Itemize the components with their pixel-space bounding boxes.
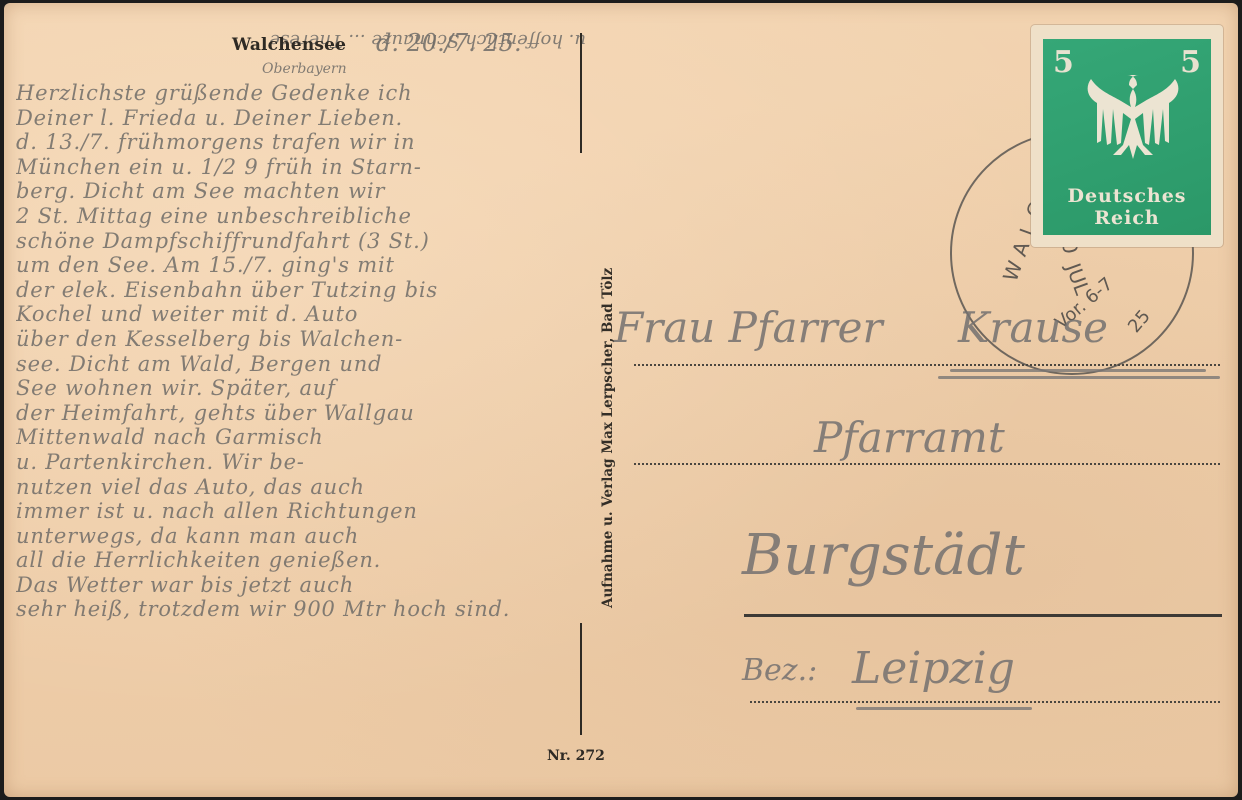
- message-line: d. 13./7. frühmorgens trafen wir in: [16, 130, 586, 155]
- address-line-1: [634, 364, 1220, 366]
- message-line: um den See. Am 15./7. ging's mit: [16, 253, 586, 278]
- name-pencil-underline-2: [938, 376, 1220, 379]
- message-line: immer ist u. nach allen Richtungen: [16, 499, 586, 524]
- message-line: der Heimfahrt, gehts über Wallgau: [16, 401, 586, 426]
- message-line: sehr heiß, trotzdem wir 900 Mtr hoch sin…: [16, 597, 586, 622]
- message-line: Kochel und weiter mit d. Auto: [16, 302, 586, 327]
- message-line: unterwegs, da kann man auch: [16, 524, 586, 549]
- message-line: nutzen viel das Auto, das auch: [16, 475, 586, 500]
- printed-place-title: Walchensee: [232, 35, 346, 55]
- address-parish-office: Pfarramt: [814, 413, 1005, 462]
- message-line: all die Herrlichkeiten genießen.: [16, 548, 586, 573]
- handwritten-message: Herzlichste grüßende Gedenke ich Deiner …: [16, 81, 586, 622]
- address-line-2: [634, 463, 1220, 465]
- name-pencil-underline: [950, 369, 1206, 372]
- card-number: Nr. 272: [547, 748, 605, 764]
- handwritten-date: d. 20./7. 25.: [376, 29, 522, 57]
- eagle-emblem-icon: [1067, 67, 1187, 179]
- postcard: u. hoffentlich Schnauze ... Therese Walc…: [4, 3, 1238, 797]
- message-line: Herzlichste grüßende Gedenke ich: [16, 81, 586, 106]
- divider-line-top: [580, 33, 582, 153]
- message-line: Mittenwald nach Garmisch: [16, 425, 586, 450]
- message-line: München ein u. 1/2 9 früh in Starn-: [16, 155, 586, 180]
- address-recipient-name: Krause: [958, 303, 1108, 352]
- message-line: see. Dicht am Wald, Bergen und: [16, 352, 586, 377]
- divider-line-bottom: [580, 623, 582, 735]
- stamp-country-line2: Reich: [1043, 207, 1211, 229]
- message-line: Das Wetter war bis jetzt auch: [16, 573, 586, 598]
- postage-stamp: 5 5 Deutsches Reich: [1031, 25, 1223, 247]
- district-pencil-underline: [856, 707, 1032, 710]
- address-district-prefix: Bez.:: [742, 653, 817, 688]
- message-line: Deiner l. Frieda u. Deiner Lieben.: [16, 106, 586, 131]
- message-line: berg. Dicht am See machten wir: [16, 179, 586, 204]
- message-line: 2 St. Mittag eine unbeschreibliche: [16, 204, 586, 229]
- message-line: der elek. Eisenbahn über Tutzing bis: [16, 278, 586, 303]
- address-line-4: [750, 701, 1220, 703]
- message-line: über den Kesselberg bis Walchen-: [16, 327, 586, 352]
- handwritten-region: Oberbayern: [262, 61, 347, 77]
- stamp-country-line1: Deutsches: [1043, 185, 1211, 207]
- message-line: u. Partenkirchen. Wir be-: [16, 450, 586, 475]
- address-district: Leipzig: [852, 643, 1015, 694]
- message-line: See wohnen wir. Später, auf: [16, 376, 586, 401]
- address-salutation: Frau Pfarrer: [614, 303, 883, 352]
- postmark-year: 25: [1124, 306, 1155, 337]
- message-line: schöne Dampfschiffrundfahrt (3 St.): [16, 229, 586, 254]
- stamp-face: 5 5 Deutsches Reich: [1043, 39, 1211, 235]
- address-line-3: [744, 614, 1222, 617]
- address-city: Burgstädt: [742, 523, 1025, 588]
